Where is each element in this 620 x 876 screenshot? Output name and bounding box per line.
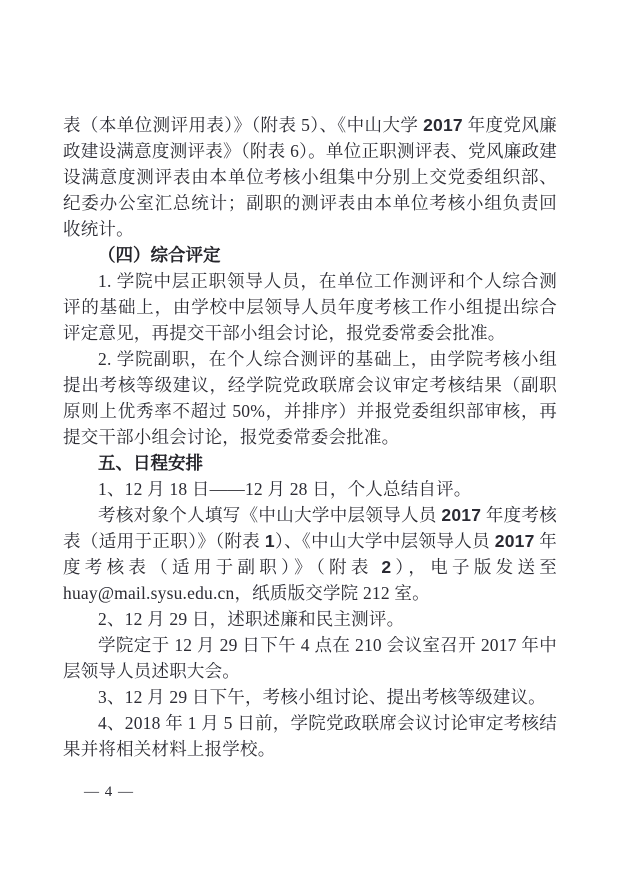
schedule-item-2-detail: 学院定于 12 月 29 日下午 4 点在 210 会议室召开 2017 年中层… — [63, 632, 557, 684]
page-number: — 4 — — [84, 782, 134, 802]
schedule-item-1-detail: 考核对象个人填写《中山大学中层领导人员 2017 年度考核表（适用于正职）》（附… — [63, 502, 557, 606]
schedule-item-3: 3、12 月 29 日下午，考核小组讨论、提出考核等级建议。 — [63, 684, 557, 710]
appendix-number: 2 — [381, 557, 391, 577]
year-number: 2017 — [495, 531, 535, 551]
item-1-paragraph: 1. 学院中层正职领导人员，在单位工作测评和个人综合测评的基础上，由学校中层领导… — [63, 268, 557, 346]
section-heading-5: 五、日程安排 — [63, 450, 557, 476]
year-number: 2017 — [441, 505, 481, 525]
continuation-paragraph: 表（本单位测评用表）》（附表 5）、《中山大学 2017 年度党风廉政建设满意度… — [63, 112, 557, 242]
paragraph-text: ）、《中山大学中层领导人员 — [275, 531, 495, 551]
text-block: 表（本单位测评用表）》（附表 5）、《中山大学 2017 年度党风廉政建设满意度… — [63, 112, 557, 762]
schedule-item-4: 4、2018 年 1 月 5 日前，学院党政联席会议讨论审定考核结果并将相关材料… — [63, 710, 557, 762]
item-2-paragraph: 2. 学院副职，在个人综合测评的基础上，由学院考核小组提出考核等级建议，经学院党… — [63, 346, 557, 450]
schedule-item-1: 1、12 月 18 日——12 月 28 日，个人总结自评。 — [63, 476, 557, 502]
year-number: 2017 — [423, 115, 463, 135]
schedule-item-2: 2、12 月 29 日，述职述廉和民主测评。 — [63, 606, 557, 632]
section-heading-4: （四）综合评定 — [63, 242, 557, 268]
appendix-number: 1 — [265, 531, 275, 551]
paragraph-text: 表（本单位测评用表）》（附表 5）、《中山大学 — [63, 115, 423, 135]
paragraph-text: 考核对象个人填写《中山大学中层领导人员 — [98, 505, 441, 525]
document-page: 表（本单位测评用表）》（附表 5）、《中山大学 2017 年度党风廉政建设满意度… — [0, 0, 620, 876]
